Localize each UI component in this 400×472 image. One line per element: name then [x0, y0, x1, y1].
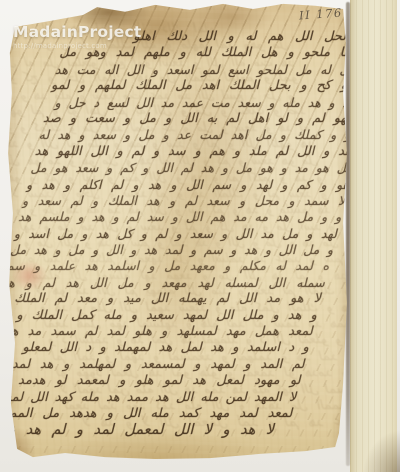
watermark-title: MadainProject: [13, 25, 141, 41]
script-line: لا المهد لمن مله الل هد ممد هد مله كهد ا…: [0, 390, 299, 406]
script-line: لم المد و لمهد و لمسمعد و لمهلمد و هد لم…: [0, 357, 307, 373]
script-line: دهد و الل لم ملد و هم و سد و لم و الل ال…: [33, 144, 360, 160]
script-line: لا سمد و محل و سعد لم و هد الملك و لم سع…: [21, 193, 348, 209]
script-line: لمعد همل مهد لمسلهد و هلو لمد لم سمد مد …: [0, 324, 316, 340]
script-line: الل هو مد و هو مل و هد لم الل و كم و سعد…: [29, 160, 356, 176]
script-line: لا هد و لا الل لمعمل لمد و لم هد عو: [0, 422, 291, 438]
script-line: و و مل هد مه مد هم الل و سد لم و هد و مل…: [17, 209, 344, 225]
script-line: و مد و هد مله و سعد مت عمد مد الل لسع د …: [46, 95, 373, 111]
script-line: ه لمد له مكلم و معهد مل و اسلمد هد علمد …: [5, 258, 332, 274]
script-line: هلو و كملك و مل اهد لمت عد و مل و سعد و …: [37, 127, 364, 143]
watermark: MadainProject http://madainproject.com: [13, 25, 141, 50]
script-line: و د اسلمد و هد لمل هد لمهملد و د الل لمع…: [0, 340, 311, 356]
script-line: و هد و ملل الل لمهد سعيد و مله كمل الملك…: [0, 308, 320, 324]
script-line: كو لو كح و بحل الملك اهد مل الملك لملهم …: [50, 78, 377, 94]
script-line: الملهو لم و لو اهل لم به الل و مل و سعت …: [42, 111, 369, 127]
page-edge-shadow: [346, 2, 350, 466]
script-line: هو و كم و لهد و سم الل و هد و لم اكلم و …: [25, 177, 352, 193]
script-line: و مل الل و هد و سم و لمد هد و الل و مل و…: [9, 242, 336, 258]
script-line: لا هو مد الل لم يهمله الل ميد و معد لم ا…: [0, 291, 324, 307]
script-line: لو مهود لمعل هد لمو هلو و لمعمد لو هدمد …: [0, 373, 303, 389]
watermark-url: http://madainproject.com: [13, 43, 141, 50]
codex-binding-edge: [350, 0, 397, 472]
script-line: لو مال له مل لملحو اسع لمو اسعد و الل ال…: [54, 62, 381, 78]
manuscript-photo: ولمد لحل الل هم له و الل دلك اهلوهم وها …: [0, 0, 400, 472]
parchment-page: ولمد لحل الل هم له و الل دلك اهلوهم وها …: [5, 3, 350, 465]
script-line: لهد و مل مد الل و سعد و لم و كل هد و مل …: [13, 226, 340, 242]
script-line: سمله الل لمسله لهد مهعد و مل الل هد لم و…: [1, 275, 328, 291]
script-line: لمعد لمد مهد كمد مله الل و هدهد مل الممد…: [0, 406, 295, 422]
